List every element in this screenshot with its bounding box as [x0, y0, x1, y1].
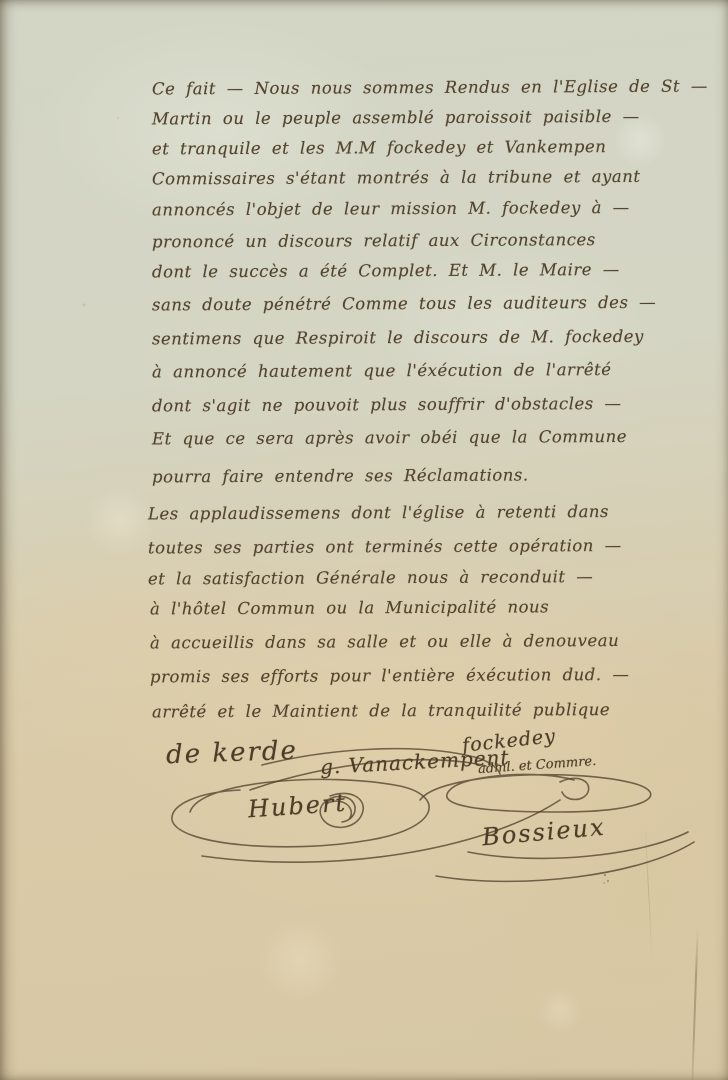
manuscript-line: Martin ou le peuple assemblé paroissoit …: [152, 107, 692, 130]
manuscript-page: Ce fait — Nous nous sommes Rendus en l'E…: [0, 0, 728, 1080]
manuscript-line: promis ses efforts pour l'entière éxécut…: [150, 665, 690, 688]
manuscript-line: dont le succès a été Complet. Et M. le M…: [152, 260, 692, 283]
manuscript-line: Les applaudissemens dont l'église à rete…: [148, 502, 688, 525]
manuscript-line: pourra faire entendre ses Réclamations.: [152, 465, 692, 488]
manuscript-line: à l'hôtel Commun ou la Municipalité nous: [150, 597, 690, 620]
manuscript-line: à annoncé hautement que l'éxécution de l…: [152, 360, 692, 383]
manuscript-line: et tranquile et les M.M fockedey et Vank…: [152, 137, 692, 160]
manuscript-line: Commissaires s'étant montrés à la tribun…: [152, 167, 692, 190]
manuscript-line: et la satisfaction Générale nous à recon…: [148, 567, 688, 590]
signature-bossieux: Bossieux: [481, 813, 607, 852]
signature-de-kerde: de kerde: [166, 736, 299, 771]
manuscript-line: arrêté et le Maintient de la tranquilité…: [152, 700, 692, 723]
manuscript-line: à accueillis dans sa salle et ou elle à …: [150, 631, 690, 654]
manuscript-line: sans doute pénétré Comme tous les audite…: [152, 293, 692, 316]
ink-speck: [602, 872, 612, 886]
manuscript-line: dont s'agit ne pouvoit plus souffrir d'o…: [152, 394, 692, 417]
manuscript-line: Et que ce sera après avoir obéi que la C…: [152, 427, 692, 450]
manuscript-line: Ce fait — Nous nous sommes Rendus en l'E…: [152, 77, 692, 100]
paper-crease-right: [691, 930, 698, 1080]
signature-hubert: Hubert: [247, 789, 348, 824]
manuscript-line: sentimens que Respiroit le discours de M…: [152, 327, 692, 350]
paper-crease-faint: [644, 820, 652, 960]
manuscript-line: toutes ses parties ont terminés cette op…: [148, 536, 688, 559]
manuscript-line: annoncés l'objet de leur mission M. fock…: [152, 198, 692, 221]
manuscript-line: prononcé un discours relatif aux Circons…: [152, 230, 692, 253]
